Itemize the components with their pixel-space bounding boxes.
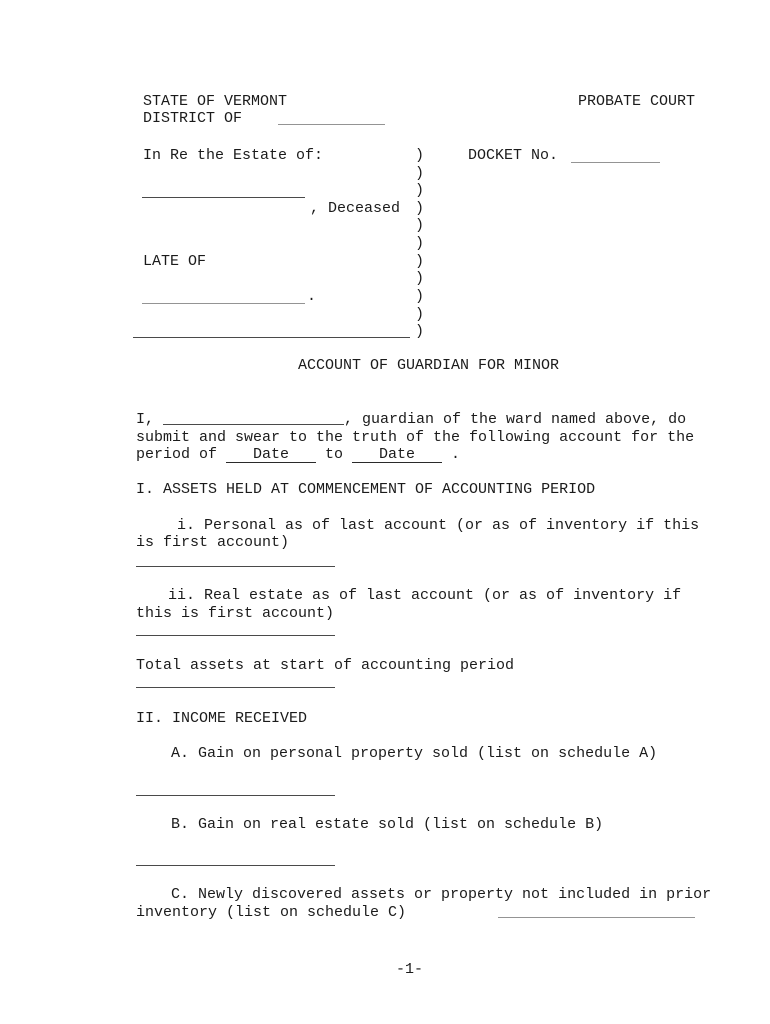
item-ii-line-1: ii. Real estate as of last account (or a… (168, 587, 681, 605)
caption-paren: ) (415, 235, 424, 253)
intro-line1-post: , guardian of the ward named above, do (344, 411, 686, 428)
item-a-amount-blank-field[interactable] (136, 780, 335, 796)
caption-paren: ) (415, 253, 424, 271)
court-label: PROBATE COURT (578, 93, 695, 111)
residence-blank-field[interactable] (142, 288, 305, 304)
late-of-label: LATE OF (143, 253, 206, 271)
docket-no-blank-field[interactable] (571, 147, 660, 163)
intro-line3-end: . (442, 446, 460, 463)
caption-paren: ) (415, 306, 424, 324)
district-blank-field[interactable] (278, 110, 385, 125)
in-re-estate-label: In Re the Estate of: (143, 147, 323, 165)
district-of-label: DISTRICT OF (143, 110, 242, 128)
period-start-date-field[interactable]: Date (226, 447, 316, 463)
intro-line1-pre: I, (136, 411, 163, 428)
deceased-label: , Deceased (310, 200, 400, 218)
section-1-heading: I. ASSETS HELD AT COMMENCEMENT OF ACCOUN… (136, 481, 595, 499)
decedent-name-blank-field[interactable] (142, 182, 305, 198)
caption-paren: ) (415, 270, 424, 288)
item-ii-amount-blank-field[interactable] (136, 620, 335, 636)
docket-no-label: DOCKET No. (468, 147, 558, 165)
period-end-date-field[interactable]: Date (352, 447, 442, 463)
caption-paren: ) (415, 147, 424, 165)
item-b-label: B. Gain on real estate sold (list on sch… (171, 816, 603, 834)
caption-paren: ) (415, 288, 424, 306)
form-title: ACCOUNT OF GUARDIAN FOR MINOR (298, 357, 559, 375)
intro-line-1: I, , guardian of the ward named above, d… (136, 411, 686, 429)
item-c-line-2: inventory (list on schedule C) (136, 904, 406, 922)
caption-paren: ) (415, 323, 424, 341)
state-label: STATE OF VERMONT (143, 93, 287, 111)
item-c-line-1: C. Newly discovered assets or property n… (171, 886, 711, 904)
intro-line-2: submit and swear to the truth of the fol… (136, 429, 694, 447)
item-b-amount-blank-field[interactable] (136, 850, 335, 866)
section-2-heading: II. INCOME RECEIVED (136, 710, 307, 728)
item-c-amount-blank-field[interactable] (498, 902, 695, 918)
caption-paren: ) (415, 165, 424, 183)
intro-line-3: period of Date to Date . (136, 446, 460, 464)
item-i-line-1: i. Personal as of last account (or as of… (177, 517, 699, 535)
caption-paren: ) (415, 217, 424, 235)
caption-bottom-blank-field[interactable] (133, 322, 410, 338)
guardian-name-blank-field[interactable] (163, 411, 344, 425)
probate-form-page: STATE OF VERMONT PROBATE COURT DISTRICT … (0, 0, 770, 1024)
page-number: -1- (396, 961, 423, 979)
item-i-line-2: is first account) (136, 534, 289, 552)
period-of-label: period of (136, 446, 226, 463)
item-i-amount-blank-field[interactable] (136, 551, 335, 567)
caption-paren: ) (415, 200, 424, 218)
residence-period: . (307, 288, 316, 306)
total-assets-amount-blank-field[interactable] (136, 672, 335, 688)
caption-paren: ) (415, 182, 424, 200)
item-a-label: A. Gain on personal property sold (list … (171, 745, 657, 763)
to-label: to (316, 446, 352, 463)
